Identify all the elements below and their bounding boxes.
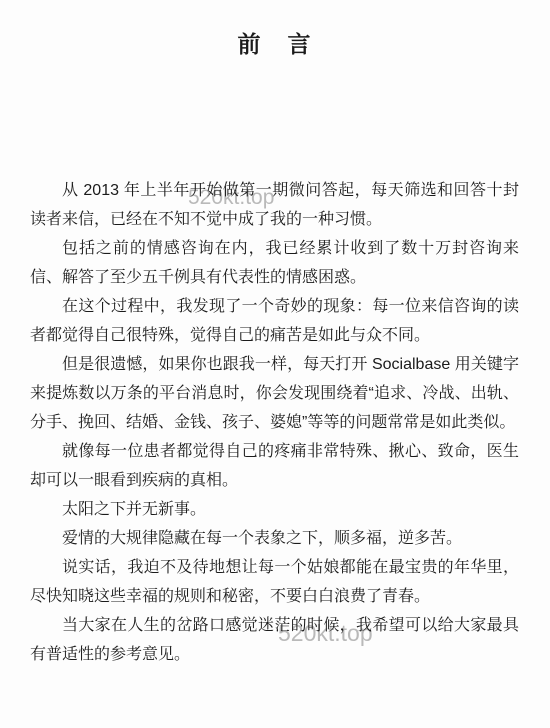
paragraph: 但是很遗憾，如果你也跟我一样，每天打开 Socialbase 用关键字来提炼数以… [30, 350, 519, 437]
paragraph: 从 2013 年上半年开始做第一期微问答起，每天筛选和回答十封读者来信，已经在不… [30, 176, 519, 234]
paragraph: 在这个过程中，我发现了一个奇妙的现象：每一位来信咨询的读者都觉得自己很特殊，觉得… [30, 292, 519, 350]
preface-body: 从 2013 年上半年开始做第一期微问答起，每天筛选和回答十封读者来信，已经在不… [30, 176, 519, 669]
paragraph: 说实话，我迫不及待地想让每一个姑娘都能在最宝贵的年华里，尽快知晓这些幸福的规则和… [30, 553, 519, 611]
paragraph: 包括之前的情感咨询在内，我已经累计收到了数十万封咨询来信、解答了至少五千例具有代… [30, 234, 519, 292]
paragraph: 就像每一位患者都觉得自己的疼痛非常特殊、揪心、致命，医生却可以一眼看到疾病的真相… [30, 437, 519, 495]
paragraph: 当大家在人生的岔路口感觉迷茫的时候，我希望可以给大家最具有普适性的参考意见。 [30, 611, 519, 669]
paragraph: 爱情的大规律隐藏在每一个表象之下，顺多福，逆多苦。 [30, 524, 519, 553]
paragraph: 太阳之下并无新事。 [30, 495, 519, 524]
book-page: 前 言 520kt.top 520kt.top 从 2013 年上半年开始做第一… [0, 0, 550, 728]
page-title: 前 言 [0, 26, 550, 59]
